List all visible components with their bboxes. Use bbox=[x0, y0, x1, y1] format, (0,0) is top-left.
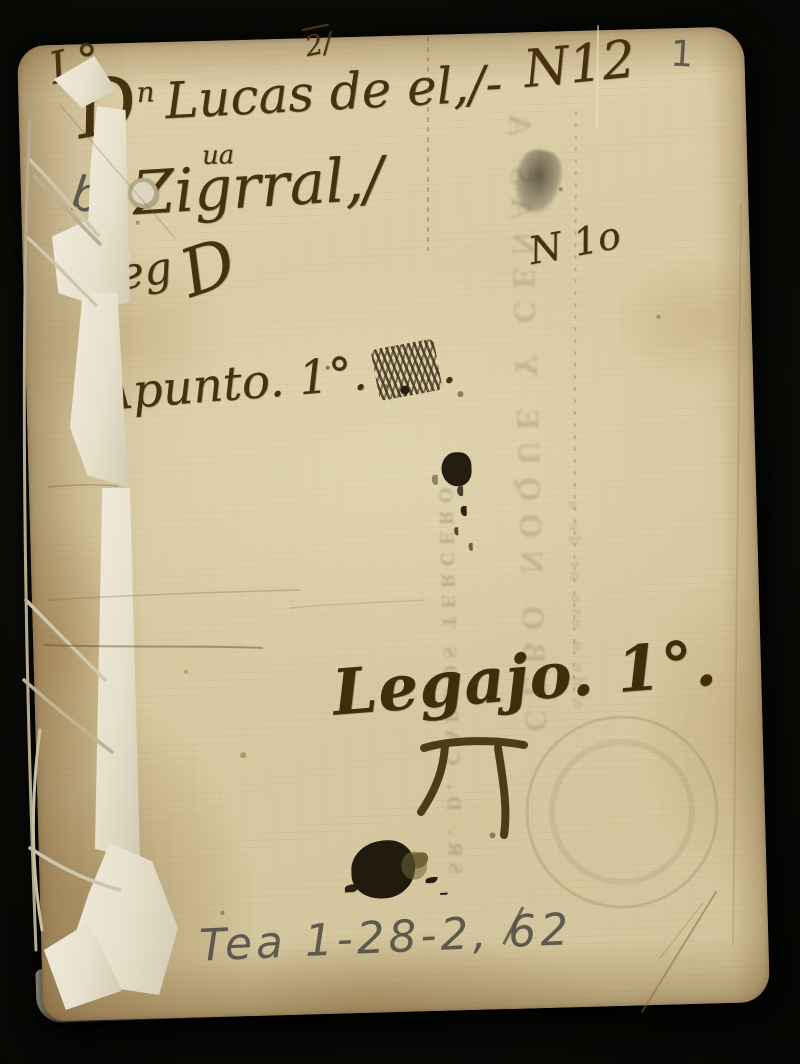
photo-background: SR. D. CARLOS TERCERO CEBO NOQUE Y CENAS… bbox=[0, 0, 800, 1064]
title-line-2: Zigrral,/ bbox=[131, 144, 386, 229]
title-superscript-mark: 2/ bbox=[302, 25, 335, 63]
apunto-line: Apunto. 1°.. bbox=[96, 339, 457, 422]
bleedthrough-column-a: SR. D. CARLOS TERCERO bbox=[423, 134, 466, 874]
archival-reference: Tea 1-28-2, 62 bbox=[198, 904, 573, 972]
number-top-right: N12 bbox=[521, 30, 638, 101]
pencil-folio-number: 1 bbox=[669, 33, 694, 75]
title-rest: Lucas de el,/- bbox=[163, 54, 503, 130]
title-initial-superscript: n bbox=[136, 75, 156, 109]
apunto-label: Apunto. 1°. bbox=[96, 346, 369, 422]
leg-flourish: D bbox=[171, 223, 246, 313]
small-ink-blot bbox=[441, 452, 472, 487]
binding-grommet bbox=[128, 178, 158, 208]
reference-number: 62 bbox=[507, 904, 573, 958]
large-ink-blot bbox=[351, 840, 417, 900]
legajo-title: Legajo. 1°. bbox=[330, 625, 720, 729]
reference-prefix: Tea 1-28-2, bbox=[198, 907, 509, 972]
